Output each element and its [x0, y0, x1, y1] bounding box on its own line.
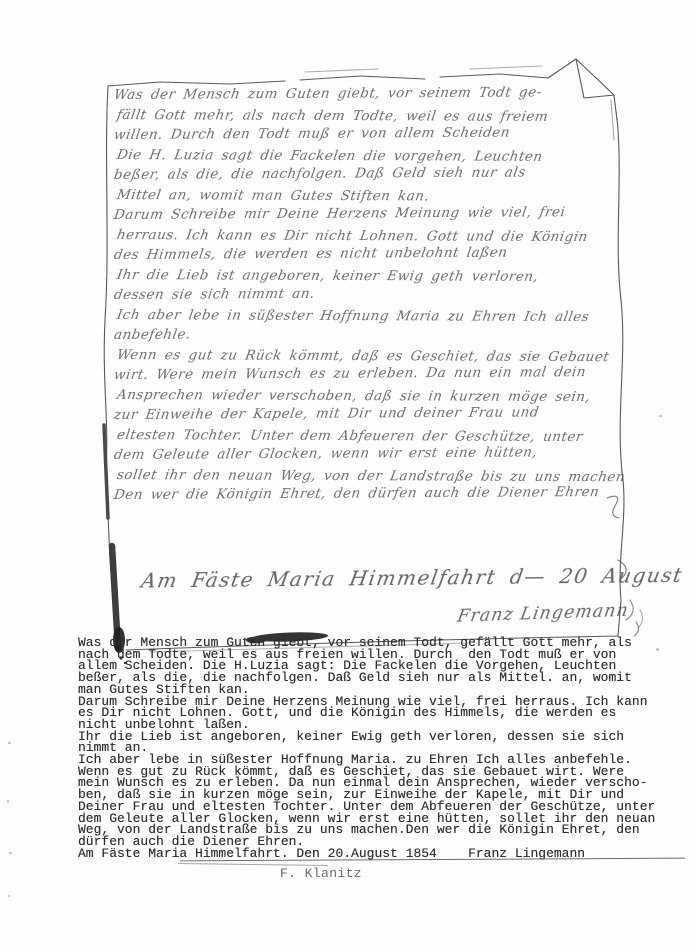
- manuscript-line: willen. Durch den Todt muß er von allem …: [112, 122, 621, 145]
- manuscript-date-line: Am Fäste Maria Himmelfahrt d— 20 August …: [140, 564, 585, 593]
- manuscript-line: Was der Mensch zum Guten giebt, vor sein…: [112, 82, 621, 105]
- manuscript-line: Den wer die Königin Ehret, den dürfen au…: [112, 482, 621, 505]
- scanned-letter-page: Was der Mensch zum Guten giebt, vor sein…: [0, 0, 690, 950]
- manuscript-line: dem Geleute aller Glocken, wenn wir erst…: [112, 442, 621, 465]
- manuscript-line: dessen sie sich nimmt an.: [112, 282, 621, 305]
- transcriber-name: F. Klanitz: [280, 866, 362, 881]
- manuscript-line: des Himmels, die werden es nicht unbeloh…: [112, 242, 621, 265]
- scan-speck: [659, 415, 662, 417]
- typed-transcription: Was der Mensch zum Guten giebt, vor sein…: [78, 637, 678, 859]
- scan-speck: [8, 742, 11, 744]
- manuscript-line: wirt. Were mein Wunsch es zu erleben. Da…: [112, 362, 621, 385]
- scan-speck: [9, 852, 12, 854]
- manuscript-line: Darum Schreibe mir Deine Herzens Meinung…: [112, 202, 621, 225]
- scan-speck: [7, 800, 9, 803]
- scan-speck: [8, 895, 10, 897]
- typed-line: Ihr die Lieb ist angeboren, keiner Ewig …: [78, 731, 678, 743]
- manuscript-line: anbefehle.: [112, 322, 621, 345]
- manuscript-line: beßer, als die, die nachfolgen. Daß Geld…: [112, 162, 621, 185]
- scan-speck: [656, 648, 659, 651]
- manuscript-handwriting: Was der Mensch zum Guten giebt, vor sein…: [114, 85, 619, 505]
- manuscript-line: zur Einweihe der Kapele, mit Dir und dei…: [112, 402, 621, 425]
- manuscript-signature: Franz Lingemann: [456, 601, 631, 627]
